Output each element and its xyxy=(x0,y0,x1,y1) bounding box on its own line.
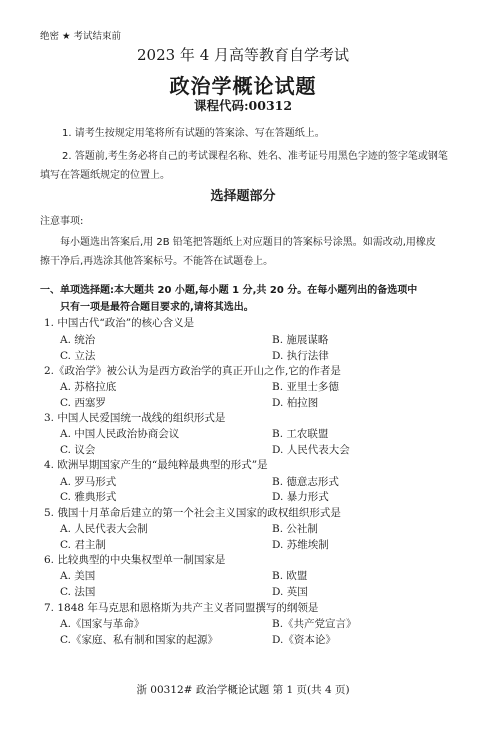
question-4-option-d: D. 暴力形式 xyxy=(272,489,329,504)
question-3-option-a: A. 中国人民政治协商会议 xyxy=(60,426,179,441)
instruction-2-cont: 填写在答题纸规定的位置上。 xyxy=(40,166,170,181)
question-3-stem: 3. 中国人民爱国统一战线的组织形式是 xyxy=(44,410,225,425)
question-6-option-d: D. 英国 xyxy=(272,584,308,599)
question-4-stem: 4. 欧洲早期国家产生的“最纯粹最典型的形式”是 xyxy=(44,457,268,472)
part-heading-cont: 只有一项是最符合题目要求的,请将其选出。 xyxy=(60,298,254,313)
question-3-option-d: D. 人民代表大会 xyxy=(272,442,350,457)
question-1-option-c: C. 立法 xyxy=(60,348,95,363)
exam-session-title: 2023 年 4 月高等教育自学考试 xyxy=(0,44,486,65)
part-heading: 一、单项选择题:本大题共 20 小题,每小题 1 分,共 20 分。在每小题列出… xyxy=(40,281,417,296)
notice-line-2: 擦干净后,再选涂其他答案标号。不能答在试题卷上。 xyxy=(40,252,273,267)
question-1-option-a: A. 统治 xyxy=(60,332,95,347)
confidential-mark: 绝密 ★ 考试结束前 xyxy=(40,28,121,42)
instruction-1: 1. 请考生按规定用笔将所有试题的答案涂、写在答题纸上。 xyxy=(62,124,325,139)
question-1-option-d: D. 执行法律 xyxy=(272,348,329,363)
notice-label: 注意事项: xyxy=(40,212,83,227)
question-4-option-a: A. 罗马形式 xyxy=(60,474,116,489)
question-2-option-b: B. 亚里士多德 xyxy=(272,379,339,394)
notice-line-1: 每小题选出答案后,用 2B 铅笔把答题纸上对应题目的答案标号涂黑。如需改动,用橡… xyxy=(60,233,436,248)
question-3-option-b: B. 工农联盟 xyxy=(272,426,328,441)
question-5-option-b: B. 公社制 xyxy=(272,521,318,536)
question-6-option-a: A. 美国 xyxy=(60,568,95,583)
question-6-stem: 6. 比较典型的中央集权型单一制国家是 xyxy=(44,552,225,567)
question-7-option-c: C.《家庭、私有制和国家的起源》 xyxy=(60,632,218,647)
question-6-option-c: C. 法国 xyxy=(60,584,95,599)
subject-title: 政治学概论试题 xyxy=(0,70,486,99)
question-2-option-d: D. 柏拉图 xyxy=(272,395,318,410)
course-code: 课程代码:00312 xyxy=(0,96,486,114)
question-6-option-b: B. 欧盟 xyxy=(272,568,307,583)
question-2-stem: 2.《政治学》被公认为是西方政治学的真正开山之作,它的作者是 xyxy=(44,363,341,378)
question-2-option-c: C. 西塞罗 xyxy=(60,395,106,410)
question-5-stem: 5. 俄国十月革命后建立的第一个社会主义国家的政权组织形式是 xyxy=(44,505,341,520)
question-1-option-b: B. 施展谋略 xyxy=(272,332,328,347)
question-3-option-c: C. 议会 xyxy=(60,442,95,457)
section-title: 选择题部分 xyxy=(0,185,486,204)
question-7-stem: 7. 1848 年马克思和恩格斯为共产主义者同盟撰写的纲领是 xyxy=(44,600,318,615)
question-7-option-d: D.《资本论》 xyxy=(272,632,336,647)
question-1-stem: 1. 中国古代“政治”的核心含义是 xyxy=(44,315,194,330)
question-5-option-d: D. 苏维埃制 xyxy=(272,537,329,552)
instruction-2: 2. 答题前,考生务必将自己的考试课程名称、姓名、准考证号用黑色字迹的签字笔或钢… xyxy=(62,147,448,162)
question-2-option-a: A. 苏格拉底 xyxy=(60,379,116,394)
question-4-option-c: C. 雅典形式 xyxy=(60,489,116,504)
question-5-option-a: A. 人民代表大会制 xyxy=(60,521,148,536)
question-5-option-c: C. 君主制 xyxy=(60,537,106,552)
question-7-option-a: A.《国家与革命》 xyxy=(60,616,144,631)
question-4-option-b: B. 德意志形式 xyxy=(272,474,339,489)
page-footer: 浙 00312# 政治学概论试题 第 1 页(共 4 页) xyxy=(0,682,486,697)
question-7-option-b: B.《共产党宣言》 xyxy=(272,616,357,631)
